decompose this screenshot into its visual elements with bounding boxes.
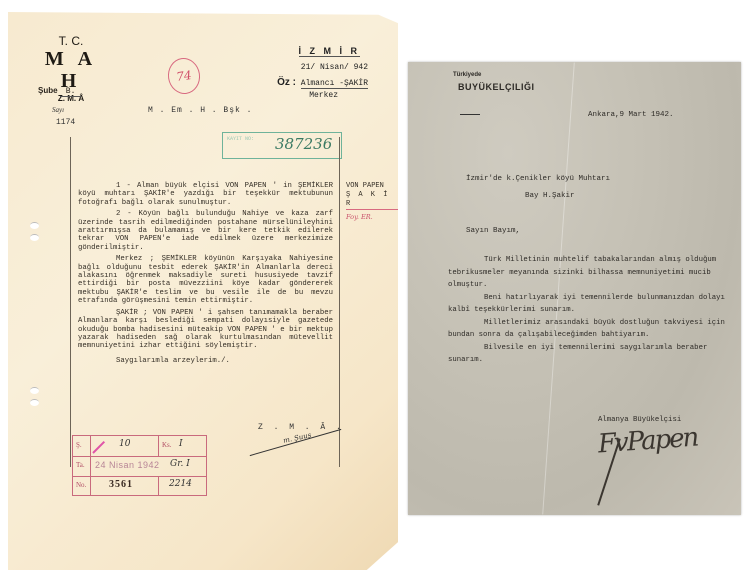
paragraph: Türk Milletinin muhtelif tabakalarından … xyxy=(448,254,728,292)
letter-date: Ankara,9 Mart 1942. xyxy=(588,111,674,119)
stamp-date: 24 Nisan 1942 xyxy=(95,460,160,470)
paragraph: ŞAKİR ; VON PAPEN ' i şahsen tanımamakla… xyxy=(78,309,333,351)
registry-number-stamp: KAYIT NO: 387236 xyxy=(222,132,342,159)
stamp-number: 3561 xyxy=(109,479,133,490)
header-right: İ Z M İ R 21/ Nisan/ 942 Öz : Almancı -Ş… xyxy=(277,46,368,100)
sayi-label: Sayı xyxy=(52,106,64,114)
margin-note-handwritten: Foy. ER. xyxy=(346,213,398,222)
margin-rule-left xyxy=(70,137,71,467)
margin-note-line1: VON PAPEN xyxy=(346,182,398,191)
stamp-row: Ş. 10 Ks. I xyxy=(73,436,206,457)
signature-scrawl: m. Şuuş xyxy=(282,431,312,445)
stamp-row-label: Ta. xyxy=(76,461,85,469)
stamp-row: Ta. 24 Nisan 1942 Gr. I xyxy=(73,456,206,477)
subject-row: Öz : Almancı -ŞAKİR xyxy=(277,77,368,88)
recipient-line2: Bay H.Şakir xyxy=(525,192,575,200)
margin-note: VON PAPEN Ş A K İ R Foy. ER. xyxy=(346,182,398,222)
signature-title: Almanya Büyükelçisi xyxy=(598,416,681,424)
document-police-report: T. C. M A H Z. M. Â Şube B. Sayı 1174 74… xyxy=(8,12,398,570)
registry-stamp: Ş. 10 Ks. I Ta. 24 Nisan 1942 Gr. I No. … xyxy=(72,435,207,496)
recipient-line1: İzmir'de k.Çenikler köyü Muhtarı xyxy=(466,175,610,183)
letterhead-big: BUYÜKELÇILIĞI xyxy=(458,82,535,92)
document-embassy-letter: Türkiyede BUYÜKELÇILIĞI Ankara,9 Mart 19… xyxy=(408,62,741,515)
stamp-row-label: No. xyxy=(76,481,86,489)
signature-line xyxy=(250,429,342,456)
date: 21/ Nisan/ 942 xyxy=(277,63,368,72)
punch-hole xyxy=(30,234,39,241)
margin-rule-right xyxy=(339,137,340,467)
stamp-right-value: Gr. I xyxy=(170,459,190,469)
circled-number-stamp: 74 xyxy=(166,56,203,96)
stamp-row-right-label: Ks. xyxy=(162,441,172,449)
punch-hole xyxy=(30,387,39,394)
salutation: Sayın Bayım, xyxy=(466,227,520,235)
sube-value: B. xyxy=(60,87,82,97)
sube-field: Şube B. xyxy=(38,86,81,96)
pink-check-mark xyxy=(92,441,105,454)
stamp-value: 10 xyxy=(119,439,130,449)
paragraph: 2 - Köyün bağlı bulunduğu Nahiye ve kaza… xyxy=(78,210,333,252)
stamp-row: No. 3561 2214 xyxy=(73,476,206,496)
stamp-row-label: Ş. xyxy=(76,441,82,449)
margin-note-line2: Ş A K İ R xyxy=(346,191,398,210)
subject-label: Öz : xyxy=(277,77,296,88)
letter-body: Türk Milletinin muhtelif tabakalarından … xyxy=(448,254,728,367)
city: İ Z M İ R xyxy=(299,46,361,57)
paragraph: Merkez ; ŞEMİKLER köyünün Karşıyaka Nahi… xyxy=(78,255,333,305)
punch-hole xyxy=(30,399,39,406)
paragraph: 1 - Alman büyük elçisi VON PAPEN ' in ŞE… xyxy=(78,182,333,207)
handwritten-signature: FvPapen xyxy=(597,423,698,460)
subject-value: Almancı -ŞAKİR xyxy=(301,79,368,89)
paragraph: Beni hatırlıyarak iyi temennilerde bulun… xyxy=(448,292,728,317)
letterhead-rule xyxy=(460,114,480,115)
sube-label: Şube xyxy=(38,86,58,95)
letterhead-small: Türkiyede xyxy=(453,72,481,78)
paragraph: Bilvesile en iyi temennilerimi saygıları… xyxy=(448,342,728,367)
closing: Saygılarımla arzeylerim./. xyxy=(78,357,333,365)
letterhead-tc: T. C. xyxy=(36,34,106,48)
stamp-right-value: I xyxy=(179,439,183,449)
stamp-label: KAYIT NO: xyxy=(227,136,254,142)
paragraph: Milletlerimiz arasındaki büyük dostluğun… xyxy=(448,317,728,342)
merkez: Merkez xyxy=(277,91,338,100)
addressee: M . Em . H . Bşk . xyxy=(148,106,252,115)
punch-hole xyxy=(30,222,39,229)
report-body: 1 - Alman büyük elçisi VON PAPEN ' in ŞE… xyxy=(78,182,333,368)
stamp-right-value: 2214 xyxy=(169,479,192,489)
sayi-value: 1174 xyxy=(56,118,75,127)
stamp-number: 387236 xyxy=(275,135,332,153)
